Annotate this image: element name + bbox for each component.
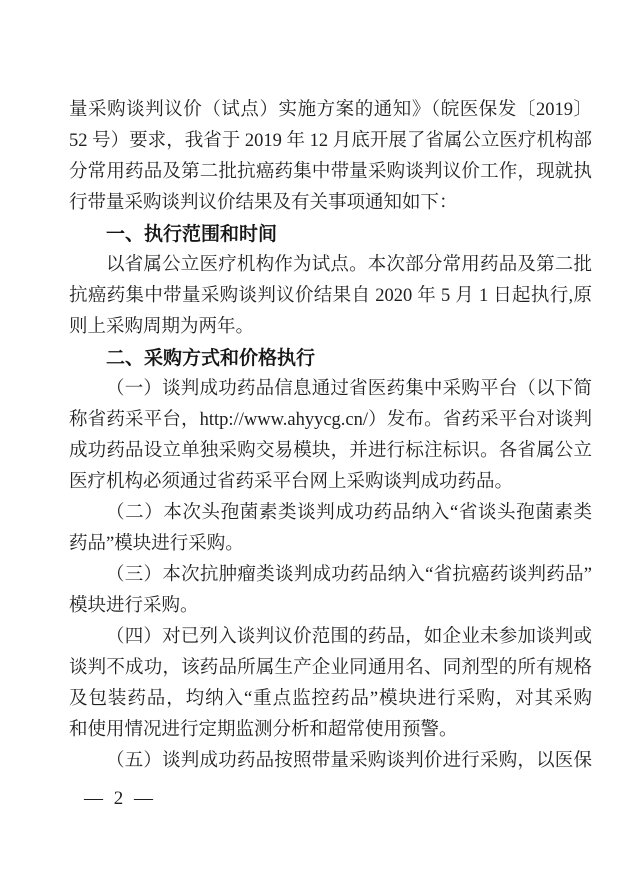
section-1-heading: 一、执行范围和时间 bbox=[69, 219, 592, 250]
text-line: 分常用药品及第二批抗癌药集中带量采购谈判议价工作，现就执 bbox=[69, 157, 592, 188]
text-line: 量采购谈判议价（试点）实施方案的通知》（皖医保发〔2019〕 bbox=[69, 95, 592, 126]
text-line: （三）本次抗肿瘤类谈判成功药品纳入“省抗癌药谈判药品” bbox=[69, 560, 592, 591]
text-line: 称省药采平台，http://www.ahyycg.cn/）发布。省药采平台对谈判 bbox=[69, 405, 592, 436]
text-line: 52 号）要求，我省于 2019 年 12 月底开展了省属公立医疗机构部 bbox=[69, 126, 592, 157]
document-body: 量采购谈判议价（试点）实施方案的通知》（皖医保发〔2019〕 52 号）要求，我… bbox=[69, 95, 592, 777]
text-line: 药品”模块进行采购。 bbox=[69, 529, 592, 560]
text-line: 谈判不成功，该药品所属生产企业同通用名、同剂型的所有规格 bbox=[69, 653, 592, 684]
text-line: 抗癌药集中带量采购谈判议价结果自 2020 年 5 月 1 日起执行,原 bbox=[69, 281, 592, 312]
page-number: — 2 — bbox=[84, 788, 156, 810]
text-line: （四）对已列入谈判议价范围的药品，如企业未参加谈判或 bbox=[69, 622, 592, 653]
text-line: （一）谈判成功药品信息通过省医药集中采购平台（以下简 bbox=[69, 374, 592, 405]
text-line: 和使用情况进行定期监测分析和超常使用预警。 bbox=[69, 715, 592, 746]
text-line: 以省属公立医疗机构作为试点。本次部分常用药品及第二批 bbox=[69, 250, 592, 281]
text-line: 行带量采购谈判议价结果及有关事项通知如下： bbox=[69, 188, 592, 219]
text-line: 医疗机构必须通过省药采平台网上采购谈判成功药品。 bbox=[69, 467, 592, 498]
text-line: 成功药品设立单独采购交易模块，并进行标注标识。各省属公立 bbox=[69, 436, 592, 467]
text-line: 及包装药品，均纳入“重点监控药品”模块进行采购，对其采购 bbox=[69, 684, 592, 715]
text-line: （五）谈判成功药品按照带量采购谈判价进行采购，以医保 bbox=[69, 746, 592, 777]
text-line: 则上采购周期为两年。 bbox=[69, 312, 592, 343]
section-2-heading: 二、采购方式和价格执行 bbox=[69, 343, 592, 374]
text-line: 模块进行采购。 bbox=[69, 591, 592, 622]
document-page: 量采购谈判议价（试点）实施方案的通知》（皖医保发〔2019〕 52 号）要求，我… bbox=[0, 0, 628, 885]
text-line: （二）本次头孢菌素类谈判成功药品纳入“省谈头孢菌素类 bbox=[69, 498, 592, 529]
